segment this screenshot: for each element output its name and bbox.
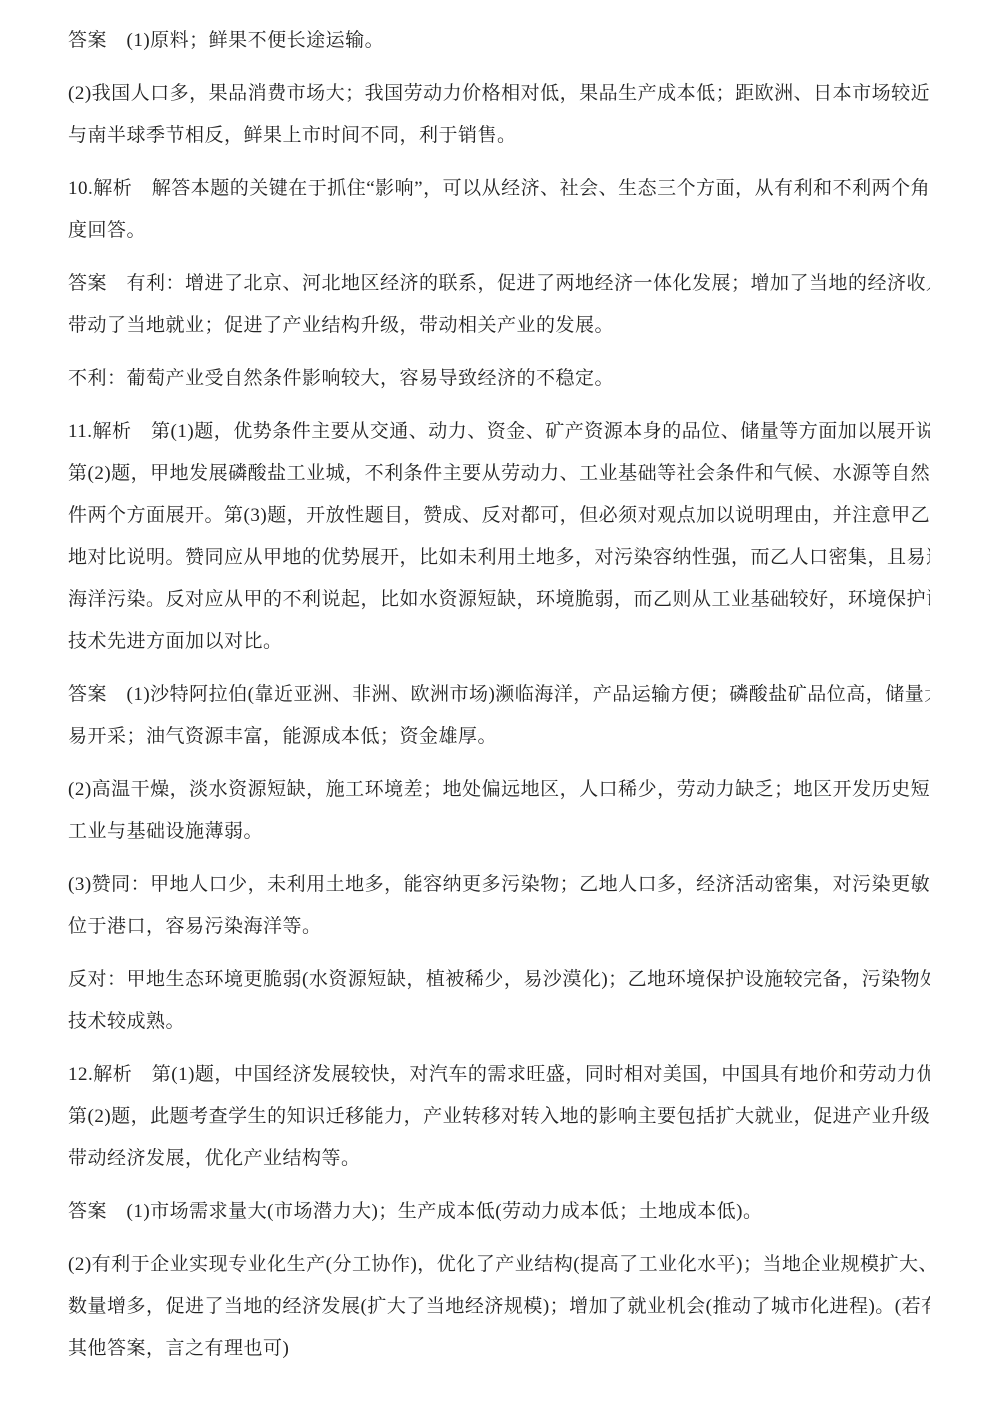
text-line: 位于港口，容易污染海洋等。 (68, 906, 930, 948)
text-line: 答案 (1)原料；鲜果不便长途运输。 (68, 20, 930, 62)
paragraph: 答案 (1)市场需求量大(市场潜力大)；生产成本低(劳动力成本低；土地成本低)。 (68, 1191, 930, 1233)
paragraph: 答案 有利：增进了北京、河北地区经济的联系，促进了两地经济一体化发展；增加了当地… (68, 263, 930, 347)
document-body: 答案 (1)原料；鲜果不便长途运输。(2)我国人口多，果品消费市场大；我国劳动力… (68, 20, 930, 1370)
text-line: 数量增多，促进了当地的经济发展(扩大了当地经济规模)；增加了就业机会(推动了城市… (68, 1286, 930, 1328)
text-line: (2)我国人口多，果品消费市场大；我国劳动力价格相对低，果品生产成本低；距欧洲、… (68, 73, 930, 115)
paragraph: 12.解析 第(1)题，中国经济发展较快，对汽车的需求旺盛，同时相对美国，中国具… (68, 1054, 930, 1180)
paragraph: 答案 (1)沙特阿拉伯(靠近亚洲、非洲、欧洲市场)濒临海洋，产品运输方便；磷酸盐… (68, 674, 930, 758)
text-line: (2)有利于企业实现专业化生产(分工协作)，优化了产业结构(提高了工业化水平)；… (68, 1244, 930, 1286)
text-line: 地对比说明。赞同应从甲地的优势展开，比如未利用土地多，对污染容纳性强，而乙人口密… (68, 537, 930, 579)
text-line: 度回答。 (68, 210, 930, 252)
paragraph: (2)我国人口多，果品消费市场大；我国劳动力价格相对低，果品生产成本低；距欧洲、… (68, 73, 930, 157)
text-line: 带动了当地就业；促进了产业结构升级，带动相关产业的发展。 (68, 305, 930, 347)
text-line: 工业与基础设施薄弱。 (68, 811, 930, 853)
paragraph: 11.解析 第(1)题，优势条件主要从交通、动力、资金、矿产资源本身的品位、储量… (68, 411, 930, 663)
paragraph: (2)有利于企业实现专业化生产(分工协作)，优化了产业结构(提高了工业化水平)；… (68, 1244, 930, 1370)
text-line: 第(2)题，此题考查学生的知识迁移能力，产业转移对转入地的影响主要包括扩大就业，… (68, 1096, 930, 1138)
text-line: 海洋污染。反对应从甲的不利说起，比如水资源短缺，环境脆弱，而乙则从工业基础较好，… (68, 579, 930, 621)
text-line: 第(2)题，甲地发展磷酸盐工业城，不利条件主要从劳动力、工业基础等社会条件和气候… (68, 453, 930, 495)
paragraph: (3)赞同：甲地人口少，未利用土地多，能容纳更多污染物；乙地人口多，经济活动密集… (68, 864, 930, 948)
text-line: 反对：甲地生态环境更脆弱(水资源短缺，植被稀少，易沙漠化)；乙地环境保护设施较完… (68, 959, 930, 1001)
text-line: 不利：葡萄产业受自然条件影响较大，容易导致经济的不稳定。 (68, 358, 930, 400)
text-line: 答案 (1)市场需求量大(市场潜力大)；生产成本低(劳动力成本低；土地成本低)。 (68, 1191, 930, 1233)
text-line: 件两个方面展开。第(3)题，开放性题目，赞成、反对都可，但必须对观点加以说明理由… (68, 495, 930, 537)
paragraph: 反对：甲地生态环境更脆弱(水资源短缺，植被稀少，易沙漠化)；乙地环境保护设施较完… (68, 959, 930, 1043)
text-line: 技术先进方面加以对比。 (68, 621, 930, 663)
text-line: 技术较成熟。 (68, 1001, 930, 1043)
text-line: 12.解析 第(1)题，中国经济发展较快，对汽车的需求旺盛，同时相对美国，中国具… (68, 1054, 930, 1096)
paragraph: 不利：葡萄产业受自然条件影响较大，容易导致经济的不稳定。 (68, 358, 930, 400)
text-line: 11.解析 第(1)题，优势条件主要从交通、动力、资金、矿产资源本身的品位、储量… (68, 411, 930, 453)
paragraph: 10.解析 解答本题的关键在于抓住“影响”，可以从经济、社会、生态三个方面，从有… (68, 168, 930, 252)
paragraph: (2)高温干燥，淡水资源短缺，施工环境差；地处偏远地区，人口稀少，劳动力缺乏；地… (68, 769, 930, 853)
text-line: (2)高温干燥，淡水资源短缺，施工环境差；地处偏远地区，人口稀少，劳动力缺乏；地… (68, 769, 930, 811)
text-line: 答案 有利：增进了北京、河北地区经济的联系，促进了两地经济一体化发展；增加了当地… (68, 263, 930, 305)
paragraph: 答案 (1)原料；鲜果不便长途运输。 (68, 20, 930, 62)
text-line: 与南半球季节相反，鲜果上市时间不同，利于销售。 (68, 115, 930, 157)
text-line: 其他答案，言之有理也可) (68, 1328, 930, 1370)
document-page: 答案 (1)原料；鲜果不便长途运输。(2)我国人口多，果品消费市场大；我国劳动力… (0, 0, 992, 1403)
text-line: 易开采；油气资源丰富，能源成本低；资金雄厚。 (68, 716, 930, 758)
text-line: (3)赞同：甲地人口少，未利用土地多，能容纳更多污染物；乙地人口多，经济活动密集… (68, 864, 930, 906)
text-line: 答案 (1)沙特阿拉伯(靠近亚洲、非洲、欧洲市场)濒临海洋，产品运输方便；磷酸盐… (68, 674, 930, 716)
text-line: 带动经济发展，优化产业结构等。 (68, 1138, 930, 1180)
text-line: 10.解析 解答本题的关键在于抓住“影响”，可以从经济、社会、生态三个方面，从有… (68, 168, 930, 210)
